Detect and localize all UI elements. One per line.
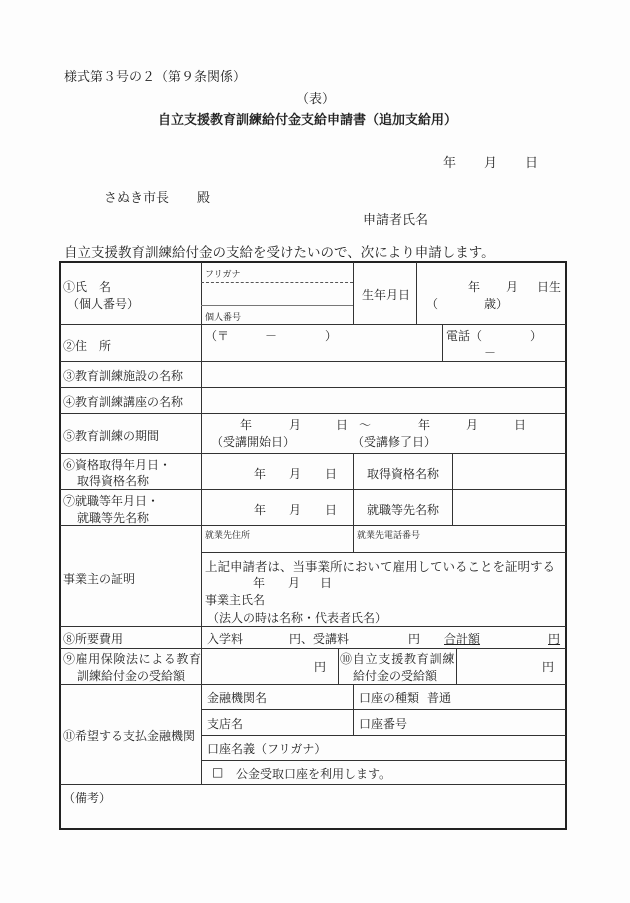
public-account-label: 公金受取口座を利用します。 [236,765,391,782]
employer-label: 事業主の証明 [63,570,135,587]
employment-label-2: 就職等先名称 [77,509,149,526]
ei-yen: 円 [314,658,326,675]
qualification-name-field[interactable] [454,455,564,488]
account-type-field[interactable]: 口座の種類 普通 [359,689,563,707]
employment-label: ⑦就職等年月日・ [63,492,159,509]
account-type-value: 普通 [427,689,451,706]
birth-day-label: 日生 [537,278,561,295]
phone-field[interactable]: 電話（ ） － [446,327,564,359]
page-title: 自立支援教育訓練給付金支給申請書（追加支給用） [158,109,457,128]
employment-name-label: 就職等先名称 [367,501,439,518]
date-year-label: 年 [443,152,456,171]
start-year-label: 年 [240,416,252,433]
qualification-label: ⑥資格取得年月日・ [63,456,171,473]
self-support-benefit-label: ⑩自立支援教育訓練 [340,650,455,667]
total-label: 合計額 [444,632,480,646]
q-month-label: 月 [289,465,301,482]
applicant-name-label: 申請者氏名 [363,209,428,228]
addressee: さぬき市長 [104,187,169,206]
qualification-label-2: 取得資格名称 [77,472,149,489]
certification-text: 上記申請者は、当事業所において雇用していることを証明する [205,557,555,575]
course-field[interactable] [203,389,564,412]
form-side: （表） [296,88,335,107]
end-month-label: 月 [466,416,478,433]
branch-label: 支店名 [207,717,243,731]
employer-phone-field[interactable]: 就業先電話番号 [357,528,563,550]
entrance-fee-field[interactable] [246,628,286,646]
employer-address-label: 就業先住所 [205,531,250,541]
address-label: ②住 所 [63,337,111,354]
birth-year-label: 年 [468,278,480,295]
address-field[interactable]: （〒 － ） [205,327,439,359]
account-holder-label: 口座名義（フリガナ） [207,742,326,756]
mynumber-inline-label: 個人番号 [205,313,241,323]
self-support-benefit-amount-field[interactable]: 円 [458,650,564,682]
bank-name-label: 金融機関名 [207,691,267,705]
date-day-label: 日 [525,152,538,171]
honorific: 殿 [197,187,210,206]
employer-owner-note: （法人の時は名称・代表者氏名） [207,609,387,626]
account-number-field[interactable]: 口座番号 [359,715,563,733]
entrance-fee-label: 入学料 [207,630,243,647]
ss-yen: 円 [542,658,554,675]
employment-insurance-label: ⑨雇用保険法による教育 [63,650,202,667]
postal-code-label: （〒 － ） [205,329,337,343]
course-label: ④教育訓練講座の名称 [63,393,183,410]
public-account-checkbox[interactable]: □ [212,765,223,779]
end-note: （受講修了日） [352,433,436,450]
account-number-label: 口座番号 [359,717,407,731]
total-yen: 円 [548,632,560,646]
q-day-label: 日 [325,465,337,482]
end-day-label: 日 [514,416,526,433]
age-label: 歳） [484,295,508,312]
e-month-label: 月 [289,501,301,518]
period-tilde: ～ [359,416,371,433]
total-field[interactable]: 合計額円 [444,630,552,647]
employment-name-field[interactable] [454,491,564,524]
birthdate-label: 生年月日 [362,286,410,303]
employer-owner-field[interactable]: 事業主氏名 [205,591,555,607]
furigana-label: フリガナ [205,270,241,280]
birth-month-label: 月 [506,278,518,295]
employment-insurance-amount-field[interactable]: 円 [203,650,336,682]
start-note: （受講開始日） [211,433,295,450]
employment-insurance-label-2: 訓練給付金の受給額 [77,667,185,684]
employer-owner-label: 事業主氏名 [205,593,265,607]
phone-label: 電話（ ） [446,329,542,343]
e-day-label: 日 [325,501,337,518]
c-month-label: 月 [288,574,300,591]
tuition-field[interactable] [352,628,406,646]
name-field[interactable] [203,284,351,304]
age-open-paren: （ [426,295,438,312]
intro-text: 自立支援教育訓練給付金の支給を受けたいので、次により申請します。 [64,241,495,261]
date-month-label: 月 [484,152,497,171]
e-year-label: 年 [254,501,266,518]
name-label: ①氏 名 [63,278,111,295]
account-type-label: 口座の種類 [359,691,419,705]
tuition-label: 円、受講料 [289,630,349,647]
employer-address-field[interactable]: 就業先住所 [205,528,351,550]
end-year-label: 年 [418,416,430,433]
form-number: 様式第３号の２（第９条関係） [64,66,246,85]
facility-field[interactable] [203,363,564,386]
cost-label: ⑧所要費用 [63,630,123,647]
start-month-label: 月 [289,416,301,433]
c-day-label: 日 [320,574,332,591]
tuition-yen: 円 [408,630,420,647]
account-holder-field[interactable]: 口座名義（フリガナ） [207,740,563,758]
start-day-label: 日 [336,416,348,433]
branch-field[interactable]: 支店名 [207,715,351,733]
qualification-name-label: 取得資格名称 [367,465,439,482]
c-year-label: 年 [253,574,265,591]
employer-phone-label: 就業先電話番号 [357,531,420,541]
mynumber-field[interactable]: 個人番号 [205,310,351,323]
bank-name-field[interactable]: 金融機関名 [207,689,351,707]
self-support-benefit-label-2: 給付金の受給額 [353,667,437,684]
period-label: ⑤教育訓練の期間 [63,427,159,444]
bank-label: ⑪希望する支払金融機関 [63,727,195,744]
mynumber-label: （個人番号） [67,295,139,312]
phone-dash: － [484,346,496,360]
furigana-field[interactable]: フリガナ [205,267,351,281]
remarks-field[interactable] [61,786,565,828]
q-year-label: 年 [254,465,266,482]
facility-label: ③教育訓練施設の名称 [63,367,183,384]
